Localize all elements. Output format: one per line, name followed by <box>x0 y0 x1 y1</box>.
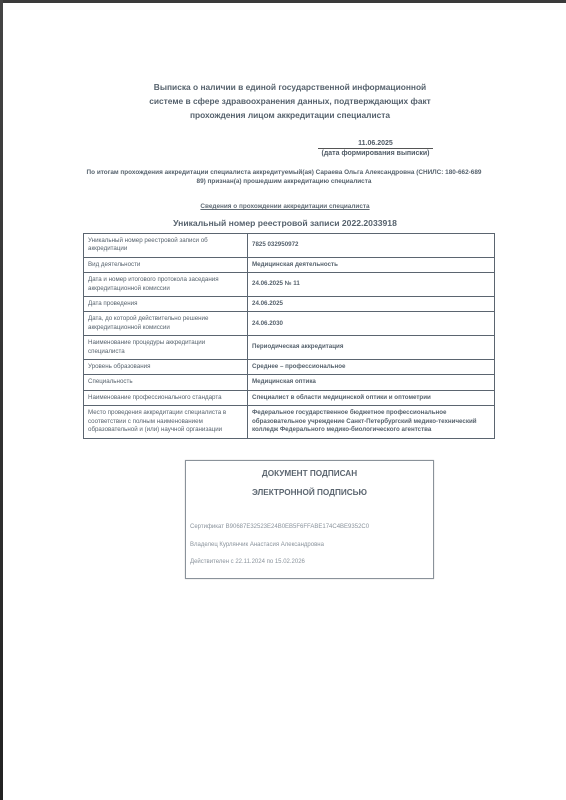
row-label: Дата, до которой действительно решение а… <box>84 312 248 336</box>
table-row: Дата проведения24.06.2025 <box>84 297 495 312</box>
row-value: Медицинская оптика <box>248 375 495 390</box>
row-label: Вид деятельности <box>84 257 248 272</box>
table-row: Наименование профессионального стандарта… <box>84 390 495 405</box>
title-line: Выписка о наличии в единой государственн… <box>100 80 480 94</box>
row-value: 24.06.2030 <box>248 312 495 336</box>
row-value: Среднее – профессиональное <box>248 360 495 375</box>
row-value: Специалист в области медицинской оптики … <box>248 390 495 405</box>
row-value: Медицинская деятельность <box>248 257 495 272</box>
table-row: Место проведения аккредитации специалист… <box>84 406 495 438</box>
table-row: Дата и номер итогового протокола заседан… <box>84 273 495 297</box>
signature-heading-1: ДОКУМЕНТ ПОДПИСАН <box>186 469 433 478</box>
table-row: СпециальностьМедицинская оптика <box>84 375 495 390</box>
registry-number-heading: Уникальный номер реестровой записи 2022.… <box>80 218 490 228</box>
row-label: Наименование профессионального стандарта <box>84 390 248 405</box>
table-row: Наименование процедуры аккредитации спец… <box>84 336 495 360</box>
formation-date-block: 11.06.2025 (дата формирования выписки) <box>318 140 433 157</box>
intro-text: По итогам прохождения аккредитации специ… <box>84 168 484 186</box>
signature-certificate: Сертификат B90687E32523E24B0EB5F6FFABE17… <box>190 524 369 530</box>
document-title: Выписка о наличии в единой государственн… <box>100 80 480 122</box>
row-value: 7825 032950972 <box>248 234 495 258</box>
row-value: 24.06.2025 <box>248 297 495 312</box>
row-value: Федеральное государственное бюджетное пр… <box>248 406 495 438</box>
accreditation-info-table: Уникальный номер реестровой записи об ак… <box>83 233 495 439</box>
signature-validity: Действителен с 22.11.2024 по 15.02.2026 <box>190 559 305 565</box>
scan-edge-top <box>0 0 566 3</box>
electronic-signature-stamp: ДОКУМЕНТ ПОДПИСАН ЭЛЕКТРОННОЙ ПОДПИСЬЮ С… <box>185 460 434 579</box>
row-label: Уровень образования <box>84 360 248 375</box>
table-row: Вид деятельностиМедицинская деятельность <box>84 257 495 272</box>
formation-date-caption: (дата формирования выписки) <box>318 149 433 157</box>
table-row: Уровень образованияСреднее – профессиона… <box>84 360 495 375</box>
row-label: Место проведения аккредитации специалист… <box>84 406 248 438</box>
row-label: Дата проведения <box>84 297 248 312</box>
row-label: Наименование процедуры аккредитации спец… <box>84 336 248 360</box>
title-line: прохождения лицом аккредитации специалис… <box>100 108 480 122</box>
signature-heading-2: ЭЛЕКТРОННОЙ ПОДПИСЬЮ <box>186 488 433 497</box>
signature-owner: Владелец Курлянчик Анастасия Александров… <box>190 542 324 548</box>
section-heading-link: Сведения о прохождении аккредитации спец… <box>80 203 490 210</box>
scan-edge-left <box>0 0 3 800</box>
row-label: Специальность <box>84 375 248 390</box>
row-value: 24.06.2025 № 11 <box>248 273 495 297</box>
row-label: Дата и номер итогового протокола заседан… <box>84 273 248 297</box>
table-row: Дата, до которой действительно решение а… <box>84 312 495 336</box>
row-label: Уникальный номер реестровой записи об ак… <box>84 234 248 258</box>
formation-date: 11.06.2025 <box>318 140 433 149</box>
row-value: Периодическая аккредитация <box>248 336 495 360</box>
table-row: Уникальный номер реестровой записи об ак… <box>84 234 495 258</box>
title-line: системе в сфере здравоохранения данных, … <box>100 94 480 108</box>
